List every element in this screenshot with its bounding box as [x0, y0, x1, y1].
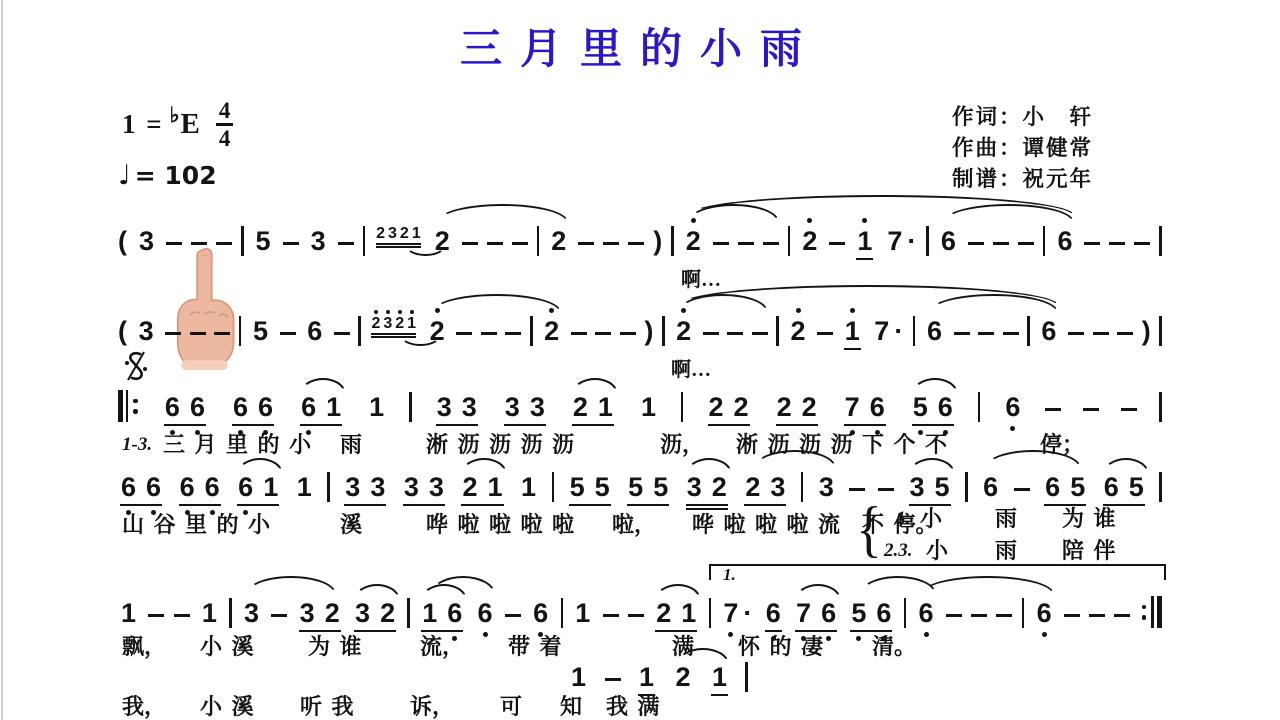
note: 56	[848, 598, 894, 628]
verse-line-1: 66666113333211222276566	[118, 392, 1162, 422]
duration-dash	[1068, 332, 1084, 335]
duration-dash	[1064, 614, 1080, 617]
beam-underline	[844, 424, 886, 427]
note: 2	[673, 316, 694, 346]
slur	[943, 204, 1074, 222]
beam-underline	[912, 424, 954, 427]
beam-underline	[164, 424, 206, 427]
beam-underline	[850, 630, 892, 633]
note: 1	[854, 226, 875, 256]
lyric-segment: 2.3.	[884, 538, 913, 564]
duration-dash	[978, 332, 994, 335]
barline	[358, 316, 361, 346]
duration-dash	[1003, 332, 1019, 335]
barline	[709, 598, 712, 628]
lyric-segment: 1.	[896, 506, 910, 532]
duration-dash	[1117, 332, 1133, 335]
duration-dash	[993, 242, 1009, 245]
beam-underline	[232, 424, 274, 427]
verse-line-2: 666661133332115555322333566565	[118, 472, 1162, 502]
duration-dash	[971, 614, 987, 617]
parenthesis: (	[118, 226, 127, 256]
note: 1	[842, 316, 863, 346]
augmentation-dot: ·	[743, 598, 752, 628]
barline	[904, 598, 907, 628]
octave-dot-high	[374, 310, 378, 314]
lyric-segment: 小 溪	[200, 694, 254, 720]
duration-dash	[738, 242, 754, 245]
barline	[745, 662, 748, 692]
lyric-segment: 小	[926, 538, 948, 564]
note: 3	[136, 316, 157, 346]
duration-dash	[571, 332, 587, 335]
note: 2	[541, 316, 562, 346]
grace-notes: 2321	[369, 315, 418, 332]
duration-dash	[829, 242, 845, 245]
pointing-hand-cursor	[163, 246, 241, 375]
slur	[678, 294, 768, 312]
note: 32	[297, 598, 343, 628]
note: 6	[1054, 226, 1075, 256]
barline	[407, 598, 410, 628]
duration-dash	[1109, 242, 1125, 245]
note: 3	[136, 226, 157, 256]
lyric-row: 我，小 溪听 我诉，可知我 满	[0, 694, 1280, 720]
note: 7·	[871, 316, 904, 346]
note: 7·	[720, 598, 753, 628]
credit-lyricist: 作词：小 轩	[952, 102, 1093, 133]
note: 6	[1034, 598, 1055, 628]
duration-dash	[817, 332, 833, 335]
barline	[801, 472, 804, 502]
beam-underline	[776, 424, 818, 427]
note: 65	[1101, 472, 1147, 502]
key-signature: 1 =♭E 4 4	[122, 100, 233, 148]
note: 23	[742, 472, 788, 502]
slur	[678, 285, 1058, 305]
slur	[929, 294, 1058, 312]
beam-underline	[765, 630, 782, 633]
note: 1	[709, 662, 730, 692]
duration-dash	[603, 614, 619, 617]
lyric-segment: 诉，	[410, 694, 454, 720]
duration-dash	[280, 332, 296, 335]
beam-underline	[436, 424, 478, 427]
note: 6	[530, 598, 551, 628]
duration-dash	[481, 332, 497, 335]
meter-denominator: 4	[216, 126, 234, 149]
duration-dash	[174, 614, 190, 617]
lyric-segment: 满	[672, 634, 694, 660]
octave-dot-high	[398, 310, 402, 314]
beam-underline	[856, 258, 873, 261]
barline	[1043, 226, 1046, 256]
lyric-segment: 我，	[122, 694, 166, 720]
note: 21	[570, 392, 616, 422]
note: 2	[427, 316, 448, 346]
barline	[561, 598, 564, 628]
duration-dash	[878, 488, 894, 491]
vocalise-lyric: 啊…	[681, 263, 721, 292]
duration-dash	[752, 332, 768, 335]
repeat-end-barline	[1140, 596, 1162, 628]
lyric-segment: 飘，	[122, 634, 166, 660]
barline	[409, 392, 412, 422]
note: 16	[419, 598, 465, 628]
barline	[530, 316, 533, 346]
duration-dash	[1014, 488, 1030, 491]
octave-dot-high	[386, 310, 390, 314]
barline	[926, 226, 929, 256]
octave-dot-high	[850, 308, 855, 313]
page-edge-line	[1, 0, 3, 720]
duration-dash	[166, 242, 182, 245]
duration-dash	[1134, 242, 1150, 245]
lyric-segment: 淅 沥 沥 沥 下 个 不	[736, 432, 947, 458]
tempo-value: = 102	[135, 161, 217, 190]
duration-dash	[603, 242, 619, 245]
note: 6	[763, 598, 784, 628]
barline	[1159, 316, 1162, 346]
slur	[246, 576, 336, 594]
beam-underline	[371, 333, 416, 335]
note: 2	[683, 226, 704, 256]
duration-dash	[505, 614, 521, 617]
duration-dash	[165, 332, 181, 335]
beam-underline	[708, 424, 750, 427]
key-prefix: 1 =	[122, 109, 164, 140]
note: 61	[235, 472, 281, 502]
lyric-segment: 淅 沥 沥 沥 沥	[426, 432, 574, 458]
beam-underline	[572, 424, 614, 427]
intro-line-1: (353232122)2217·66啊…	[118, 226, 1162, 256]
slur	[921, 576, 1054, 594]
note: 7·	[884, 226, 917, 256]
quarter-note-icon: ♩	[118, 160, 131, 191]
duration-dash	[190, 332, 206, 335]
lyric-segment: 知	[560, 694, 582, 720]
octave-dot-high	[691, 218, 696, 223]
beam-underline	[421, 630, 463, 633]
duration-dash	[191, 242, 207, 245]
note: 6	[1002, 392, 1023, 422]
duration-dash	[1083, 408, 1099, 411]
repeat-start-barline	[118, 390, 140, 422]
note: 1	[572, 598, 593, 628]
duration-dash	[1045, 408, 1061, 411]
lyric-segment: 陪 伴	[1062, 538, 1116, 564]
barline	[776, 316, 779, 346]
key-letter: E	[181, 108, 200, 141]
duration-dash	[283, 242, 299, 245]
note: 61	[298, 392, 344, 422]
note: 66	[162, 392, 208, 422]
note: 1	[199, 598, 220, 628]
duration-dash	[334, 332, 350, 335]
time-signature: 4 4	[216, 100, 234, 149]
duration-dash	[1018, 242, 1034, 245]
note: 6	[304, 316, 325, 346]
flat-icon: ♭	[170, 103, 180, 128]
note: 32	[352, 598, 398, 628]
lyric-row: 飘，小 溪为 谁流，带 着满怀 的 凄清。	[0, 634, 1280, 662]
duration-dash	[620, 332, 636, 335]
note: 32	[684, 472, 730, 502]
parenthesis: (	[118, 316, 127, 346]
barline	[788, 226, 791, 256]
duration-dash	[1114, 614, 1130, 617]
beam-underline	[504, 424, 546, 427]
octave-dot-high	[796, 308, 801, 313]
lyric-segment: 沥，	[660, 432, 704, 458]
beam-underline	[376, 246, 421, 248]
slur	[688, 204, 779, 222]
duration-dash	[338, 242, 354, 245]
barline	[681, 392, 684, 422]
note: 1	[294, 472, 315, 502]
barline	[978, 392, 981, 422]
slur	[431, 576, 495, 594]
lyric-segment: 雨	[995, 538, 1017, 564]
intro-line-2: (356232122)2217·66)啊…	[118, 316, 1162, 346]
note: 35	[907, 472, 953, 502]
note: 1	[568, 662, 589, 692]
duration-dash	[849, 488, 865, 491]
note: 21	[459, 472, 505, 502]
duration-dash	[1093, 332, 1109, 335]
note: 6	[1038, 316, 1059, 346]
duration-dash	[628, 242, 644, 245]
note: 66	[177, 472, 223, 502]
credits-block: 作词：小 轩 作曲：谭健常 制谱：祝元年	[952, 102, 1093, 195]
barline	[1159, 392, 1162, 422]
lyric-segment: 听 我	[300, 694, 354, 720]
credit-composer: 作曲：谭健常	[952, 133, 1093, 164]
duration-dash	[487, 242, 503, 245]
note: 33	[342, 472, 388, 502]
barline	[1159, 226, 1162, 256]
note: 66	[230, 392, 276, 422]
beam-underline	[376, 243, 421, 245]
note: 5	[250, 316, 271, 346]
lyric-segment: 为 谁	[1062, 506, 1116, 532]
lyric-segment: 小 溪	[200, 634, 254, 660]
duration-dash	[456, 332, 472, 335]
lyric-segment: 小	[920, 506, 942, 532]
meter-numerator: 4	[216, 100, 234, 126]
lyric-segment: 为 谁	[308, 634, 362, 660]
duration-dash	[605, 678, 621, 681]
verse-line-3: 113323216661217·67656661.	[118, 598, 1162, 628]
parenthesis: )	[1142, 316, 1151, 346]
lyric-segment: 带 着	[508, 634, 562, 660]
note: 1	[518, 472, 539, 502]
lyric-segment: 我 满	[606, 694, 660, 720]
note: 76	[842, 392, 888, 422]
note: 6	[916, 598, 937, 628]
barline	[241, 226, 244, 256]
lyric-segment: 可	[500, 694, 522, 720]
beam-underline	[844, 348, 861, 351]
beam-underline	[300, 424, 342, 427]
duration-dash	[578, 242, 594, 245]
barline	[1027, 316, 1030, 346]
verse-line-4-pickup: 1121	[568, 662, 748, 692]
note: 65	[1042, 472, 1088, 502]
lyric-segment: 1-3.	[122, 432, 152, 458]
lyric-row: 1.小雨为 谁	[0, 506, 1280, 534]
duration-dash	[512, 242, 528, 245]
beam-underline	[299, 630, 341, 633]
duration-dash	[996, 614, 1012, 617]
note: 3	[308, 226, 329, 256]
segno-icon	[124, 350, 148, 387]
duration-dash	[727, 332, 743, 335]
verse-brace: {	[856, 498, 882, 560]
beam-underline	[354, 630, 396, 633]
duration-dash	[946, 614, 962, 617]
slur	[688, 195, 1074, 215]
beam-underline	[655, 630, 697, 633]
octave-dot-high	[549, 308, 554, 313]
barline	[327, 472, 330, 502]
octave-dot-high	[807, 218, 812, 223]
duration-dash	[462, 242, 478, 245]
lyric-row: 1-3.三 月 里 的 小雨淅 沥 沥 沥 沥沥，淅 沥 沥 沥 下 个 不停；	[0, 432, 1280, 460]
parenthesis: )	[644, 316, 653, 346]
note: 6	[938, 226, 959, 256]
barline	[662, 316, 665, 346]
note: 3	[241, 598, 262, 628]
lyric-segment: 雨	[995, 506, 1017, 532]
volta-bracket	[709, 564, 1166, 580]
note: 33	[401, 472, 447, 502]
octave-dot-high	[681, 308, 686, 313]
note: 2	[672, 662, 693, 692]
duration-dash	[148, 614, 164, 617]
note: 6	[980, 472, 1001, 502]
octave-dot-high	[435, 308, 440, 313]
duration-dash	[505, 332, 521, 335]
octave-dot-low	[1010, 426, 1015, 431]
barline	[537, 226, 540, 256]
note: 55	[567, 472, 613, 502]
barline	[671, 226, 674, 256]
duration-dash	[968, 242, 984, 245]
barline	[239, 316, 242, 346]
note: 2	[799, 226, 820, 256]
lyric-segment: 流，	[420, 634, 464, 660]
duration-dash	[713, 242, 729, 245]
barline	[229, 598, 232, 628]
duration-dash	[954, 332, 970, 335]
lyric-segment: 清。	[872, 634, 916, 660]
note: 6	[924, 316, 945, 346]
grace-notes: 2321	[374, 225, 423, 242]
duration-dash	[214, 332, 230, 335]
lyric-segment: 停；	[1040, 432, 1084, 458]
volta-number: 1.	[723, 565, 736, 585]
barline	[913, 316, 916, 346]
sheet-music-page: 三月里的小雨 1 =♭E 4 4 ♩= 102 作词：小 轩 作曲：谭健常 制谱…	[0, 0, 1280, 720]
note: 22	[706, 392, 752, 422]
lyric-segment: 怀 的 凄	[738, 634, 823, 660]
vocalise-lyric: 啊…	[671, 353, 711, 382]
note: 1	[636, 662, 657, 692]
note: 3	[816, 472, 837, 502]
duration-dash	[595, 332, 611, 335]
note: 55	[625, 472, 671, 502]
song-title: 三月里的小雨	[0, 26, 1280, 74]
barline	[363, 226, 366, 256]
duration-dash	[763, 242, 779, 245]
note: 1	[366, 392, 387, 422]
note: 76	[793, 598, 839, 628]
lyric-segment: 雨	[340, 432, 362, 458]
note: 1	[638, 392, 659, 422]
octave-dot-high	[410, 310, 414, 314]
slur	[860, 576, 936, 594]
note: 33	[502, 392, 548, 422]
beam-underline	[371, 336, 416, 338]
note: 33	[434, 392, 480, 422]
note: 1	[118, 598, 139, 628]
barline	[965, 472, 968, 502]
duration-dash	[703, 332, 719, 335]
beam-underline	[795, 630, 837, 633]
barline	[1022, 598, 1025, 628]
note: 5	[253, 226, 274, 256]
duration-dash	[1084, 242, 1100, 245]
duration-dash	[216, 242, 232, 245]
lyric-segment: 三 月 里 的 小	[163, 432, 311, 458]
duration-dash	[628, 614, 644, 617]
note: 66	[118, 472, 164, 502]
augmentation-dot: ·	[907, 226, 916, 256]
note: 2	[548, 226, 569, 256]
barline	[552, 472, 555, 502]
note: 21	[653, 598, 699, 628]
credit-engraver: 制谱：祝元年	[952, 164, 1093, 195]
slur	[432, 294, 561, 312]
note: 56	[910, 392, 956, 422]
augmentation-dot: ·	[894, 316, 903, 346]
barline	[1159, 472, 1162, 502]
parenthesis: )	[653, 226, 662, 256]
octave-dot-high	[862, 218, 867, 223]
duration-dash	[271, 614, 287, 617]
lyric-row: 2.3.小雨陪 伴	[0, 538, 1280, 566]
tempo-marking: ♩= 102	[118, 160, 217, 191]
slur	[437, 204, 568, 222]
duration-dash	[1121, 408, 1137, 411]
duration-dash	[1089, 614, 1105, 617]
note: 22	[774, 392, 820, 422]
note: 6	[475, 598, 496, 628]
note: 2	[788, 316, 809, 346]
note: 2	[432, 226, 453, 256]
